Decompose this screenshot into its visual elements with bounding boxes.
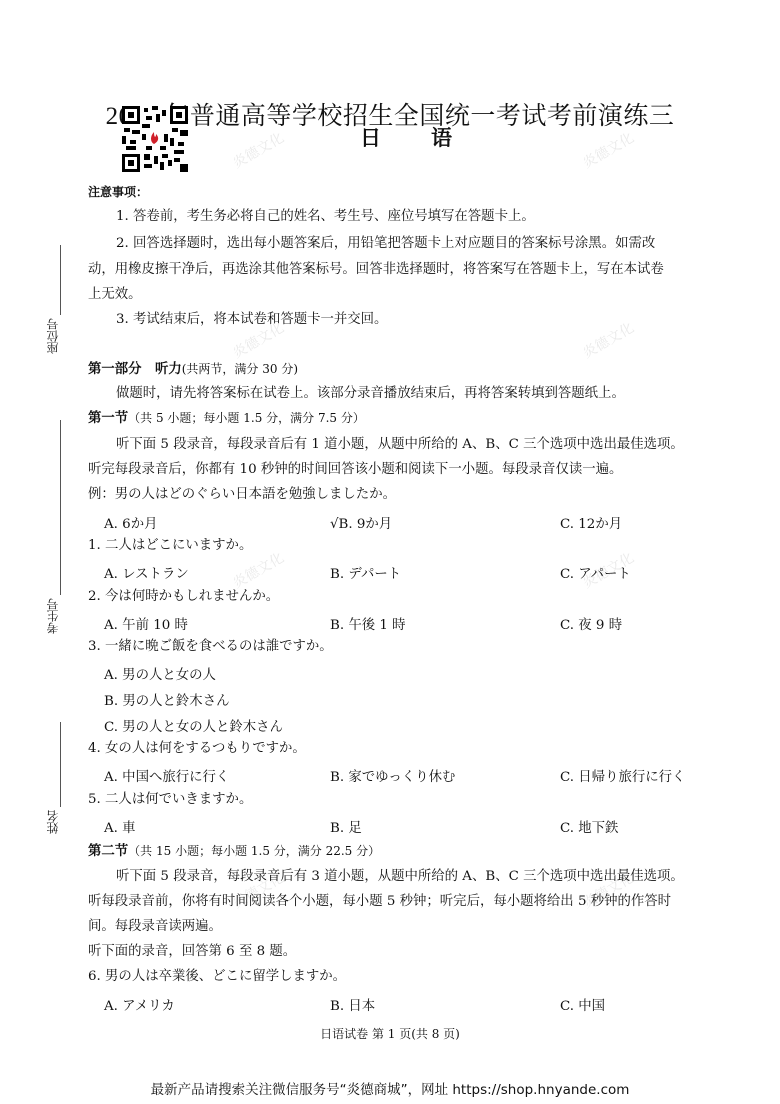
- question: 4. 女の人は何をするつもりですか。: [88, 741, 306, 757]
- option-c[interactable]: C. 中国: [560, 995, 605, 1014]
- watermark: 炎德文化: [229, 127, 287, 172]
- option-a[interactable]: A. アメリカ: [104, 995, 175, 1014]
- watermark: 炎德文化: [579, 127, 637, 172]
- section1-instruction: 听下面 5 段录音，每段录音后有 1 道小题，从题中所给的 A、B、C 三个选项…: [88, 437, 684, 453]
- option-c[interactable]: C. 男の人と女の人と鈴木さん: [104, 716, 283, 735]
- seat-number-label: 座位号: [44, 318, 61, 354]
- option-b[interactable]: B. 日本: [330, 995, 375, 1014]
- candidate-number-label: 考生号: [44, 598, 61, 634]
- part1-instruction: 做题时，请先将答案标在试卷上。该部分录音播放结束后，再将答案转填到答题纸上。: [88, 386, 625, 402]
- option-a[interactable]: A. 午前 10 時: [104, 614, 188, 633]
- option-c[interactable]: C. 地下鉄: [560, 817, 618, 836]
- qr-code-icon: [122, 106, 188, 172]
- section2-heading: 第二节（共 15 小题；每小题 1.5 分，满分 22.5 分）: [88, 843, 380, 860]
- option-a[interactable]: A. 中国へ旅行に行く: [104, 766, 229, 785]
- option-c[interactable]: C. 夜 9 時: [560, 614, 622, 633]
- promo-line: 最新产品请搜索关注微信服务号“炎德商城”，网址 https://shop.hny…: [0, 1078, 780, 1098]
- section1-heading: 第一节（共 5 小题；每小题 1.5 分，满分 7.5 分）: [88, 410, 365, 427]
- example-option-b-correct: √B. 9か月: [330, 513, 392, 532]
- section1-instruction: 听完每段录音后，你都有 10 秒钟的时间回答该小题和阅读下一小题。每段录音仅读一…: [88, 462, 622, 478]
- option-b[interactable]: B. 家でゆっくり休む: [330, 766, 455, 785]
- section2-instruction: 听每段录音前，你将有时间阅读各个小题，每小题 5 秒钟；听完后，每小题将给出 5…: [88, 894, 671, 910]
- section2-title: 第二节: [88, 844, 128, 859]
- section2-note: （共 15 小题；每小题 1.5 分，满分 22.5 分）: [128, 844, 380, 858]
- notice-item: 上无效。: [88, 287, 142, 303]
- example-question: 例：男の人はどのぐらい日本語を勉強しましたか。: [88, 487, 396, 503]
- subject-char: 日: [360, 122, 381, 152]
- notice-item: 2. 回答选择题时，选出每小题答案后，用铅笔把答题卡上对应题目的答案标号涂黑。如…: [88, 236, 655, 252]
- section1-note: （共 5 小题；每小题 1.5 分，满分 7.5 分）: [128, 411, 365, 425]
- option-a[interactable]: A. 男の人と女の人: [104, 664, 216, 683]
- section2-sub-instruction: 听下面的录音，回答第 6 至 8 题。: [88, 944, 296, 960]
- exam-subject: 日语: [360, 122, 452, 152]
- option-a[interactable]: A. 車: [104, 817, 136, 836]
- question: 2. 今は何時かもしれませんか。: [88, 589, 279, 605]
- name-label: 姓名: [44, 810, 61, 834]
- example-option-a: A. 6か月: [104, 513, 157, 532]
- question: 6. 男の人は卒業後、どこに留学しますか。: [88, 969, 346, 985]
- part1-heading: 第一部分 听力(共两节，满分 30 分): [88, 361, 298, 378]
- watermark: 炎德文化: [229, 547, 287, 592]
- example-option-c: C. 12か月: [560, 513, 622, 532]
- question: 1. 二人はどこにいますか。: [88, 538, 252, 554]
- option-b[interactable]: B. デパート: [330, 563, 401, 582]
- candidate-number-blank[interactable]: [60, 420, 61, 595]
- section2-instruction: 听下面 5 段录音，每段录音后有 3 道小题，从题中所给的 A、B、C 三个选项…: [88, 869, 684, 885]
- notice-item: 1. 答卷前，考生务必将自己的姓名、考生号、座位号填写在答题卡上。: [88, 209, 535, 225]
- notice-item: 动，用橡皮擦干净后，再选涂其他答案标号。回答非选择题时，将答案写在答题卡上，写在…: [88, 262, 664, 278]
- option-b[interactable]: B. 足: [330, 817, 362, 836]
- section1-title: 第一节: [88, 411, 128, 426]
- section2-instruction: 间。每段录音读两遍。: [88, 919, 222, 935]
- notice-item: 3. 考试结束后，将本试卷和答题卡一并交回。: [88, 312, 387, 328]
- seat-number-blank[interactable]: [60, 245, 61, 315]
- option-b[interactable]: B. 男の人と鈴木さん: [104, 690, 229, 709]
- subject-char: 语: [431, 122, 452, 152]
- option-a[interactable]: A. レストラン: [104, 563, 189, 582]
- question: 3. 一緒に晩ご飯を食べるのは誰ですか。: [88, 639, 333, 655]
- part1-note: (共两节，满分 30 分): [182, 362, 298, 376]
- question: 5. 二人は何でいきますか。: [88, 792, 252, 808]
- option-c[interactable]: C. 日帰り旅行に行く: [560, 766, 685, 785]
- part1-title: 第一部分 听力: [88, 362, 182, 377]
- watermark: 炎德文化: [579, 317, 637, 362]
- option-c[interactable]: C. アパート: [560, 563, 631, 582]
- option-b[interactable]: B. 午後 1 時: [330, 614, 406, 633]
- page-number: 日语试卷 第 1 页(共 8 页): [0, 1025, 780, 1042]
- name-blank[interactable]: [60, 722, 61, 807]
- notice-heading: 注意事项：: [88, 184, 148, 200]
